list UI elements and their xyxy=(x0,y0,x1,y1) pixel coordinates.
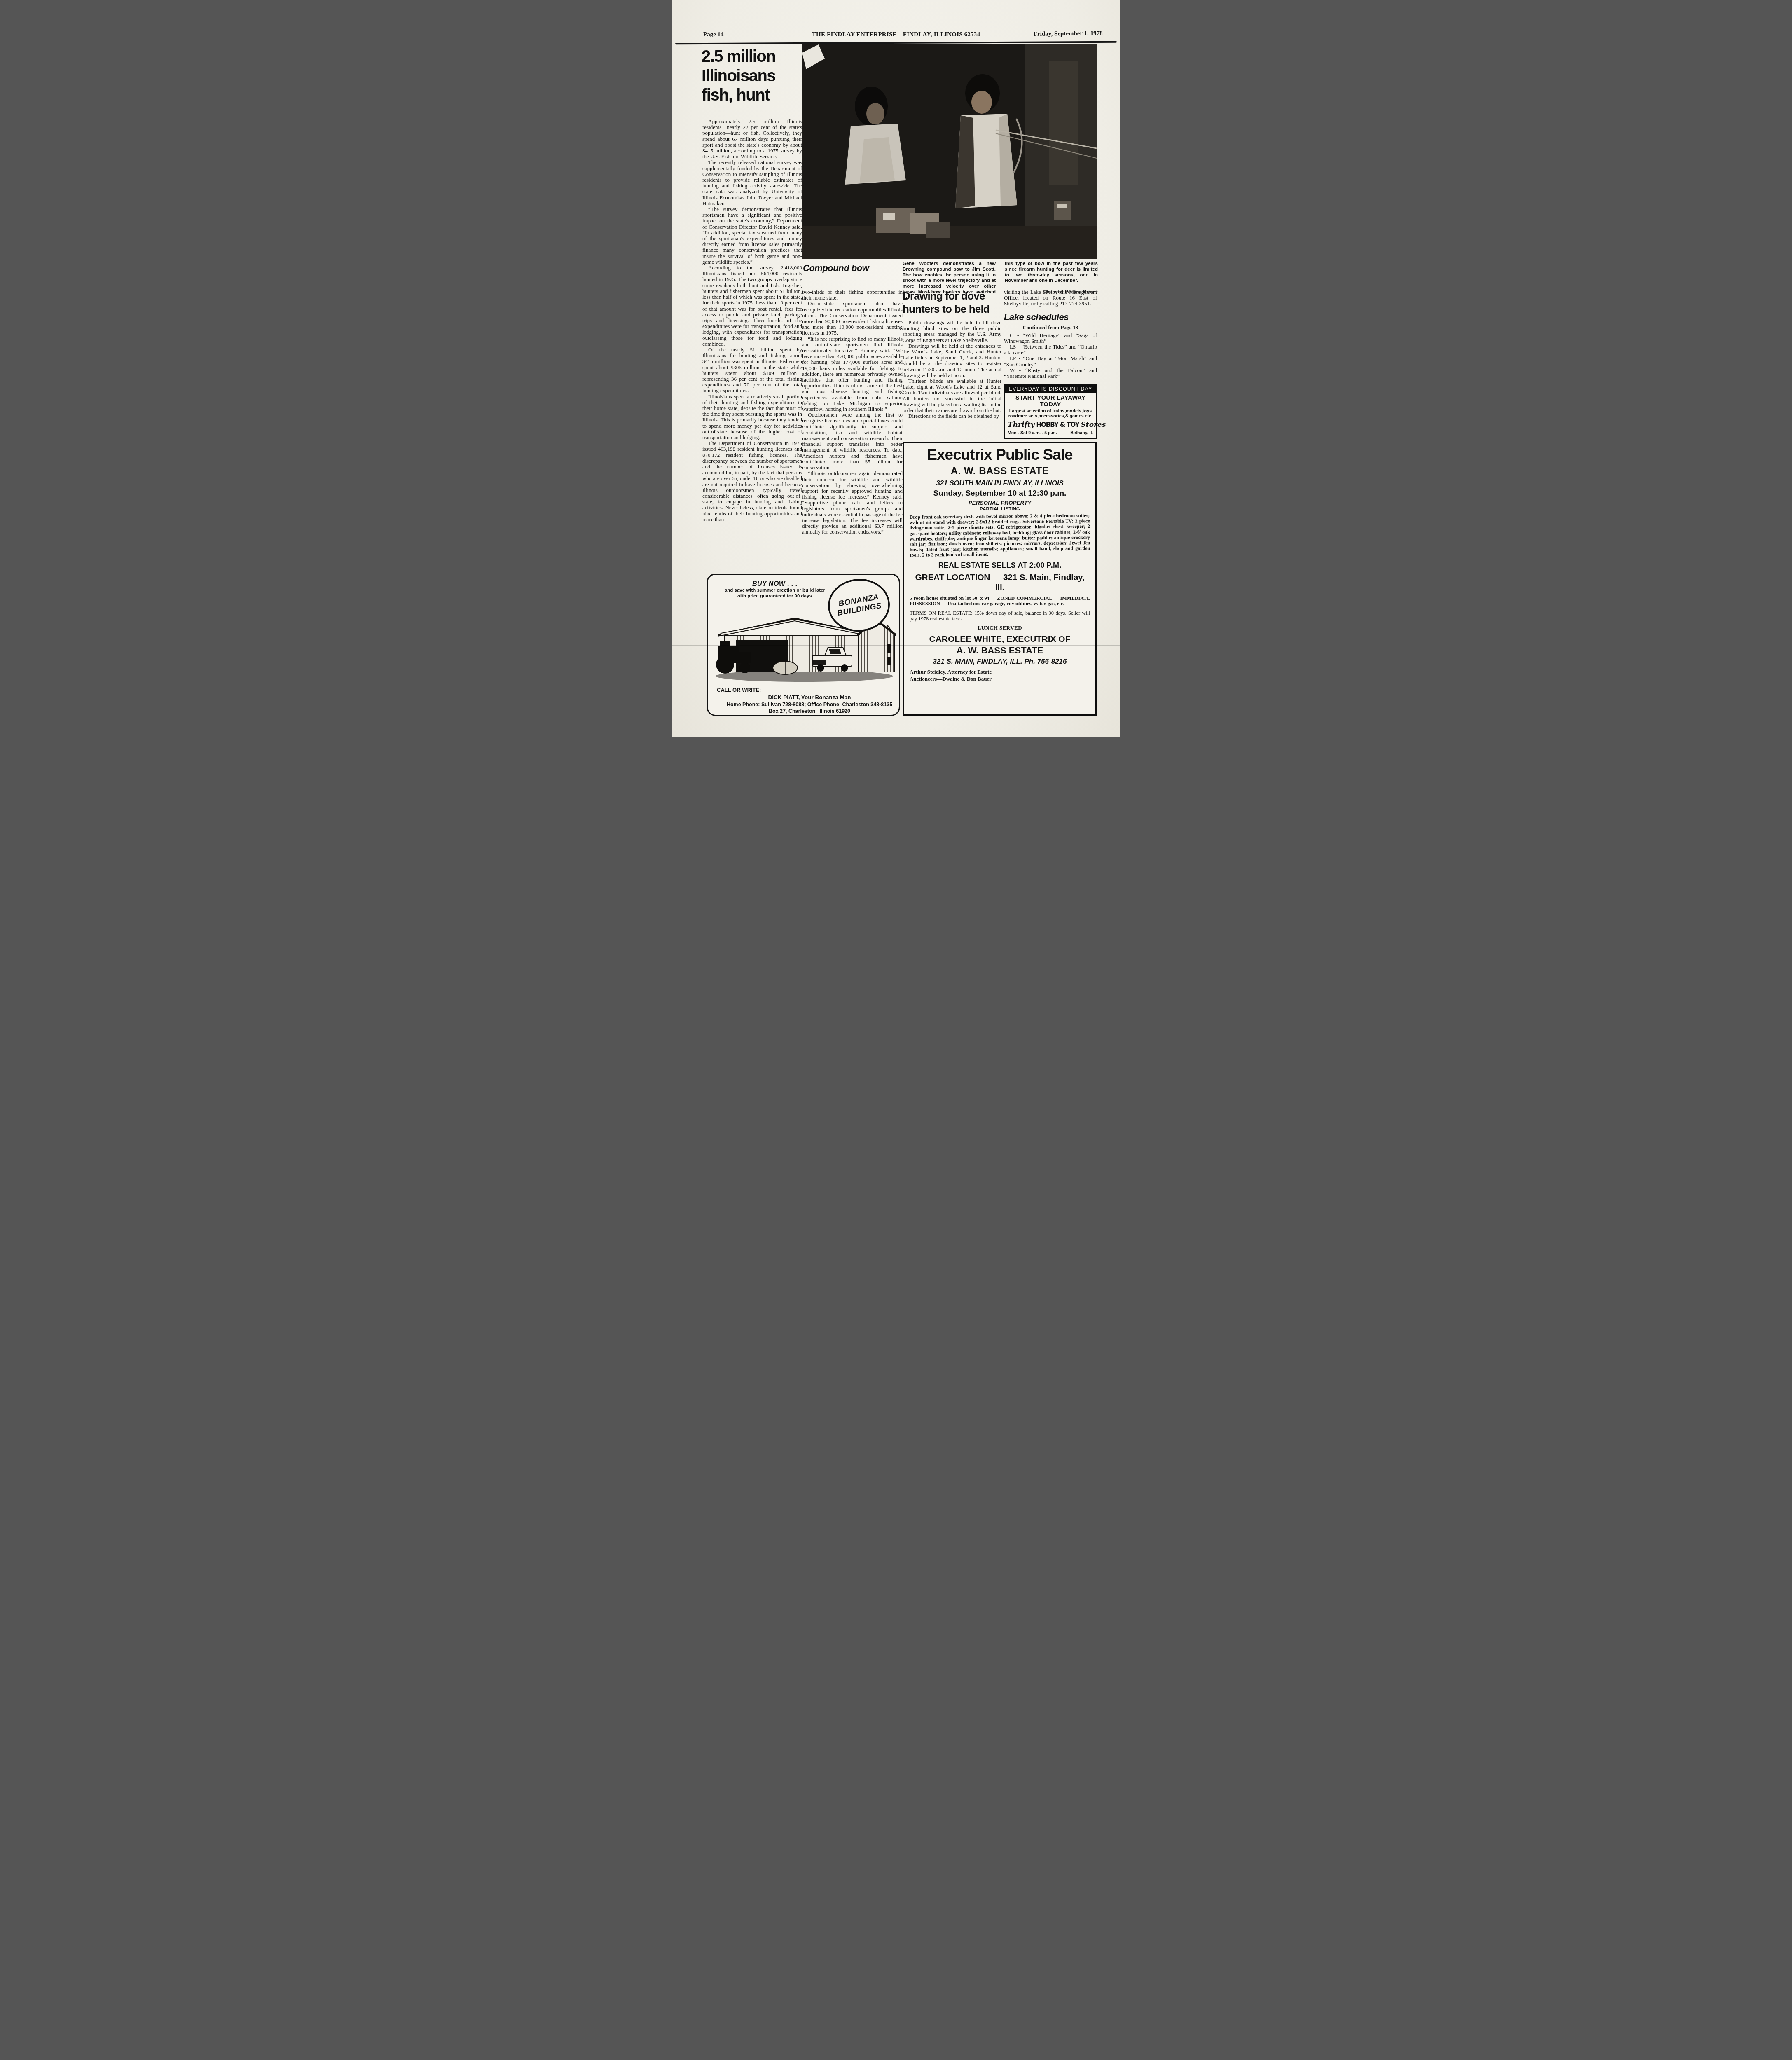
photo-caption-right: this type of bow in the past few years s… xyxy=(1005,261,1098,284)
paragraph: The recently released national survey wa… xyxy=(702,159,802,206)
dove-article-continuation: visiting the Lake Shelbyville Management… xyxy=(1004,289,1097,307)
dove-article: Drawing for dove hunters to be held Publ… xyxy=(903,289,1001,419)
lake-schedules-headline: Lake schedules xyxy=(1004,312,1097,323)
newspaper-page: Page 14 THE FINDLAY ENTERPRISE—FINDLAY, … xyxy=(672,0,1120,737)
estate-ad-address: 321 SOUTH MAIN IN FINDLAY, ILLINOIS xyxy=(910,479,1090,487)
bonanza-phones: Home Phone: Sullivan 728-8088; Office Ph… xyxy=(724,702,895,707)
estate-ad-attorney: Arthur Steidley, Attorney for Estate xyxy=(910,669,1090,675)
dove-article-body: Public drawings will be held to fill dov… xyxy=(903,320,1001,419)
paragraph: Public drawings will be held to fill dov… xyxy=(903,320,1001,343)
hobby-logo-thrifty: Thrifty xyxy=(1008,421,1034,429)
paragraph: Illinoisians spent a relatively small po… xyxy=(702,394,802,441)
bonanza-tagline-2: with price guaranteed for 90 days. xyxy=(719,594,830,599)
paragraph: “It is not surprising to find so many Il… xyxy=(802,336,903,412)
right-column: visiting the Lake Shelbyville Management… xyxy=(1004,289,1097,439)
scan-artifact-line xyxy=(672,653,1120,653)
lake-schedules-continued: Continued from Page 13 xyxy=(1004,324,1097,331)
photo-caption-title: Compound bow xyxy=(803,263,902,274)
estate-ad-estate-name: A. W. BASS ESTATE xyxy=(910,466,1090,477)
executrix-public-sale-ad: Executrix Public Sale A. W. BASS ESTATE … xyxy=(903,442,1097,716)
paragraph: C - “Wild Heritage” and “Saga of Windwag… xyxy=(1004,332,1097,344)
estate-ad-item-listing: Drop front oak secretary desk with bevel… xyxy=(910,513,1090,558)
hobby-ad-layaway: START YOUR LAYAWAY TODAY xyxy=(1008,395,1093,408)
paragraph: W - “Rusty and the Falcon” and “Yosemite… xyxy=(1004,368,1097,379)
bonanza-contact-title: , Your Bonanza Man xyxy=(798,694,851,700)
hobby-ad-hours: Mon - Sat 9 a.m. - 5 p.m. xyxy=(1008,431,1057,435)
paragraph: Approximately 2.5 million Illinois resid… xyxy=(702,119,802,159)
hobby-ad-banner: EVERYDAY IS DISCOUNT DAY xyxy=(1005,385,1096,393)
bonanza-buildings-ad: BUY NOW . . . and save with summer erect… xyxy=(707,574,900,716)
lead-article-column-2: two-thirds of their fishing opportunitie… xyxy=(802,289,903,535)
estate-ad-partial-listing: PARTIAL LISTING xyxy=(910,507,1090,512)
dove-headline: Drawing for dove hunters to be held xyxy=(903,289,1001,316)
estate-ad-house-description: 5 room house situated on lot 50' x 94' —… xyxy=(910,596,1090,607)
hobby-logo-main: HOBBY & TOY xyxy=(1036,421,1079,428)
estate-ad-datetime: Sunday, September 10 at 12:30 p.m. xyxy=(910,489,1090,498)
lake-schedules-list: C - “Wild Heritage” and “Saga of Windwag… xyxy=(1004,332,1097,379)
paragraph: Out-of-state sportsmen also have recogni… xyxy=(802,301,903,336)
paragraph: Thirteen blinds are available at Hunter … xyxy=(903,378,1001,413)
masthead-date: Friday, September 1, 1978 xyxy=(1034,30,1103,38)
estate-ad-headline: Executrix Public Sale xyxy=(910,447,1090,463)
estate-ad-location-line: GREAT LOCATION — 321 S. Main, Findlay, I… xyxy=(910,573,1090,592)
paragraph: “The survey demonstrates that Illinois s… xyxy=(702,206,802,265)
hobby-toy-store-ad: EVERYDAY IS DISCOUNT DAY START YOUR LAYA… xyxy=(1004,384,1097,439)
paragraph: LS - “Between the Tides” and “Ontario a … xyxy=(1004,344,1097,356)
bonanza-buy-now: BUY NOW . . . xyxy=(719,581,830,588)
paragraph: “Illinois outdoorsmen again demonstrated… xyxy=(802,471,903,535)
news-photo xyxy=(802,44,1097,259)
paragraph: LP - “One Day at Teton Marsh” and “Sun C… xyxy=(1004,356,1097,367)
estate-ad-executrix-line1: CAROLEE WHITE, EXECUTRIX OF xyxy=(910,634,1090,644)
bonanza-call-or-write: CALL OR WRITE: xyxy=(717,687,761,693)
estate-ad-auctioneers: Auctioneers—Dwaine & Don Bauer xyxy=(910,676,1090,682)
estate-ad-personal-property: PERSONAL PROPERTY xyxy=(910,500,1090,506)
estate-ad-real-estate-time: REAL ESTATE SELLS AT 2:00 P.M. xyxy=(910,561,1090,570)
lead-article-column-1: Approximately 2.5 million Illinois resid… xyxy=(702,119,802,522)
estate-ad-terms: TERMS ON REAL ESTATE: 15% down day of sa… xyxy=(910,610,1090,622)
paragraph: two-thirds of their fishing opportunitie… xyxy=(802,289,903,301)
lead-headline: 2.5 million Illinoisans fish, hunt xyxy=(702,47,805,105)
hobby-store-logo: Thrifty HOBBY & TOY Stores xyxy=(1008,421,1093,429)
paragraph: Drawings will be held at the entrances t… xyxy=(903,343,1001,378)
paragraph: Directions to the fields can be obtained… xyxy=(903,413,1001,419)
estate-ad-executrix-line2: A. W. BASS ESTATE xyxy=(910,645,1090,656)
hobby-ad-location: Bethany, IL xyxy=(1070,431,1093,435)
hobby-ad-selection: Largest selection of trains,models,toys … xyxy=(1008,409,1093,419)
masthead: Page 14 THE FINDLAY ENTERPRISE—FINDLAY, … xyxy=(688,31,1104,40)
estate-ad-contact-address: 321 S. MAIN, FINDLAY, ILL. Ph. 756-8216 xyxy=(910,658,1090,666)
bonanza-tagline-1: and save with summer erection or build l… xyxy=(719,588,830,594)
bonanza-address: Box 27, Charleston, Illinois 61920 xyxy=(724,708,895,714)
hobby-logo-stores: Stores xyxy=(1081,421,1106,429)
paragraph: Of the nearly $1 billion spent by Illino… xyxy=(702,347,802,394)
paragraph: Outdoorsmen were among the first to reco… xyxy=(802,412,903,471)
paragraph: The Department of Conservation in 1975 i… xyxy=(702,440,802,522)
paragraph: According to the survey, 2,418,000 Illin… xyxy=(702,265,802,347)
photo-scene xyxy=(802,44,1097,259)
bonanza-contact-name: DICK PIATT xyxy=(768,694,798,700)
estate-ad-lunch-served: LUNCH SERVED xyxy=(910,625,1090,631)
scan-artifact-line xyxy=(672,645,1120,646)
